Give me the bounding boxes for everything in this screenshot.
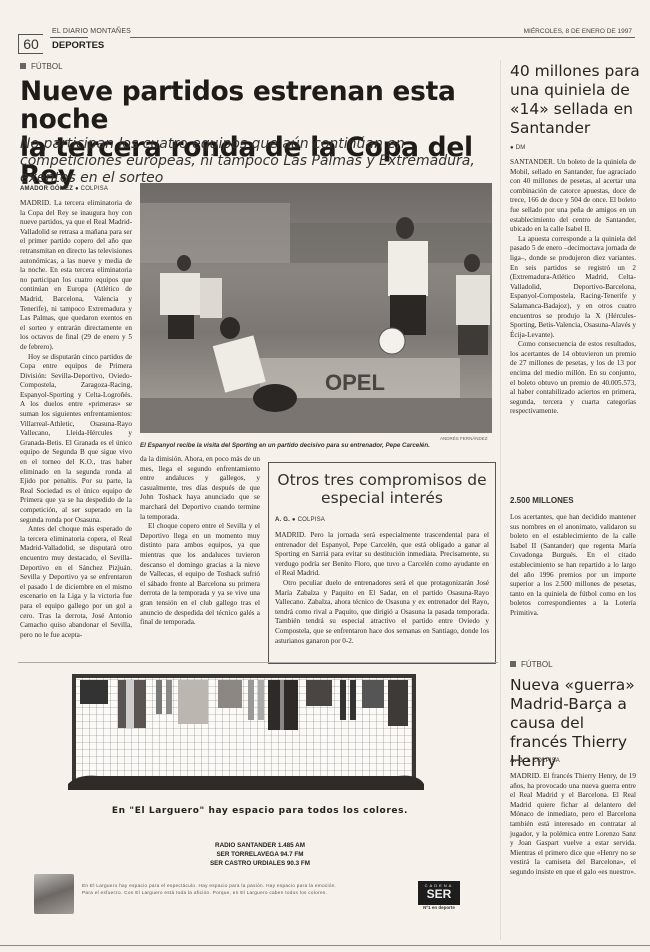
square-bullet-icon xyxy=(20,63,26,69)
paragraph: da la dimisión. Ahora, en poco más de un… xyxy=(140,455,260,522)
main-byline: AMADOR GÓMEZ ● COLPISA xyxy=(20,186,108,192)
paragraph: MADRID. La tercera eliminatoria de la Co… xyxy=(20,199,132,353)
byline-agency: COLPISA xyxy=(533,758,560,764)
ad-goal-image xyxy=(68,672,424,792)
ad-stations: RADIO SANTANDER 1.485 AM SER TORRELAVEGA… xyxy=(140,841,380,868)
byline-author: A. G. xyxy=(275,517,290,523)
logo-tagline: Nº1 en deporte xyxy=(416,905,462,910)
ad-copy-line: Para el esfuerzo. Con El Larguero está t… xyxy=(82,890,372,897)
paragraph: Antes del choque más esperado de la terc… xyxy=(20,525,132,640)
section-rule xyxy=(50,37,88,38)
byline-author: AMADOR GÓMEZ xyxy=(20,186,73,192)
main-article-col1: MADRID. La tercera eliminatoria de la Co… xyxy=(20,199,132,640)
page-bottom-rule xyxy=(0,945,650,946)
boxed-article-body: MADRID. Pero la jornada será especialmen… xyxy=(275,531,489,646)
section-divider xyxy=(18,662,498,663)
match-photo: OPEL xyxy=(140,183,492,433)
quiniela-headline: 40 millones para una quiniela de «14» se… xyxy=(510,62,640,138)
header-rule xyxy=(130,37,635,38)
main-article-col2: da la dimisión. Ahora, en poco más de un… xyxy=(140,455,260,628)
paragraph: MADRID. Pero la jornada será especialmen… xyxy=(275,531,489,579)
ad-slogan: En "El Larguero" hay espacio para todos … xyxy=(40,806,480,816)
paragraph: Otro peculiar duelo de entrenadores será… xyxy=(275,579,489,646)
newspaper-name: EL DIARIO MONTAÑES xyxy=(52,28,131,35)
byline-agency: COLPISA xyxy=(81,186,108,192)
square-bullet-icon xyxy=(510,661,516,667)
section-name: DEPORTES xyxy=(52,40,104,51)
soccer-players-image: OPEL xyxy=(140,183,492,433)
goal-net-jerseys-image xyxy=(68,672,424,792)
ad-copy-line: En El Larguero hay espacio para el espec… xyxy=(82,883,372,890)
bullet-icon: ● xyxy=(510,145,514,151)
svg-text:OPEL: OPEL xyxy=(325,370,385,395)
quiniela-subheading: 2.500 MILLONES xyxy=(510,496,574,505)
paragraph: Hoy se disputarán cinco partidos de Copa… xyxy=(20,353,132,526)
paragraph: SANTANDER. Un boleto de la quiniela de M… xyxy=(510,158,636,235)
boxed-byline: A. G. ● COLPISA xyxy=(275,517,495,523)
paragraph: Como consecuencia de estos resultados, l… xyxy=(510,340,636,417)
photo-caption: El Espanyol recibe la visita del Sportin… xyxy=(140,442,495,449)
boxed-article: Otros tres compromisos de especial inter… xyxy=(268,462,496,664)
station-line: SER TORRELAVEGA 94.7 FM xyxy=(140,850,380,859)
issue-date: MIÉRCOLES, 8 DE ENERO DE 1997 xyxy=(524,28,632,35)
main-kicker: FÚTBOL xyxy=(20,62,63,71)
station-line: SER CASTRO URDIALES 90.3 FM xyxy=(140,859,380,868)
bullet-icon: ● xyxy=(75,186,79,192)
boxed-article-title: Otros tres compromisos de especial inter… xyxy=(269,471,495,507)
photo-credit: ANDRÉS FERNÁNDEZ xyxy=(440,436,488,441)
byline-agency: COLPISA xyxy=(298,517,325,523)
paragraph: El choque copero entre el Sevilla y el D… xyxy=(140,522,260,628)
paragraph: La apuesta corresponde a la quiniela del… xyxy=(510,235,636,341)
ad-copy: En El Larguero hay espacio para el espec… xyxy=(82,883,372,896)
station-line: RADIO SANTANDER 1.485 AM xyxy=(140,841,380,850)
bullet-icon: ● xyxy=(527,758,531,764)
kicker-label: FÚTBOL xyxy=(31,62,63,71)
main-subhead: No participan los cuatro equipos que aún… xyxy=(20,136,500,187)
quiniela-byline: ● DM xyxy=(510,145,525,151)
column-divider xyxy=(500,60,501,940)
byline-author: A. G. xyxy=(510,758,525,764)
logo-main-text: SER xyxy=(418,888,460,901)
page-number: 60 xyxy=(18,34,43,54)
presenter-photo xyxy=(34,874,74,914)
byline-agency: DM xyxy=(516,145,526,151)
headline-line-1: Nueve partidos estrenan esta noche xyxy=(20,78,500,134)
paragraph: Los acertantes, que han decidido mantene… xyxy=(510,513,636,619)
bullet-icon: ● xyxy=(292,517,296,523)
quiniela-body-2: Los acertantes, que han decidido mantene… xyxy=(510,513,636,619)
henry-kicker: FÚTBOL xyxy=(510,660,553,669)
cadena-ser-logo: CADENA SER xyxy=(418,881,460,905)
kicker-label: FÚTBOL xyxy=(521,660,553,669)
henry-body: MADRID. El francés Thierry Henry, de 19 … xyxy=(510,772,636,878)
henry-byline: A. G. ● COLPISA xyxy=(510,758,560,764)
henry-headline: Nueva «guerra» Madrid-Barça a causa del … xyxy=(510,676,640,771)
paragraph: MADRID. El francés Thierry Henry, de 19 … xyxy=(510,772,636,878)
quiniela-body: SANTANDER. Un boleto de la quiniela de M… xyxy=(510,158,636,417)
